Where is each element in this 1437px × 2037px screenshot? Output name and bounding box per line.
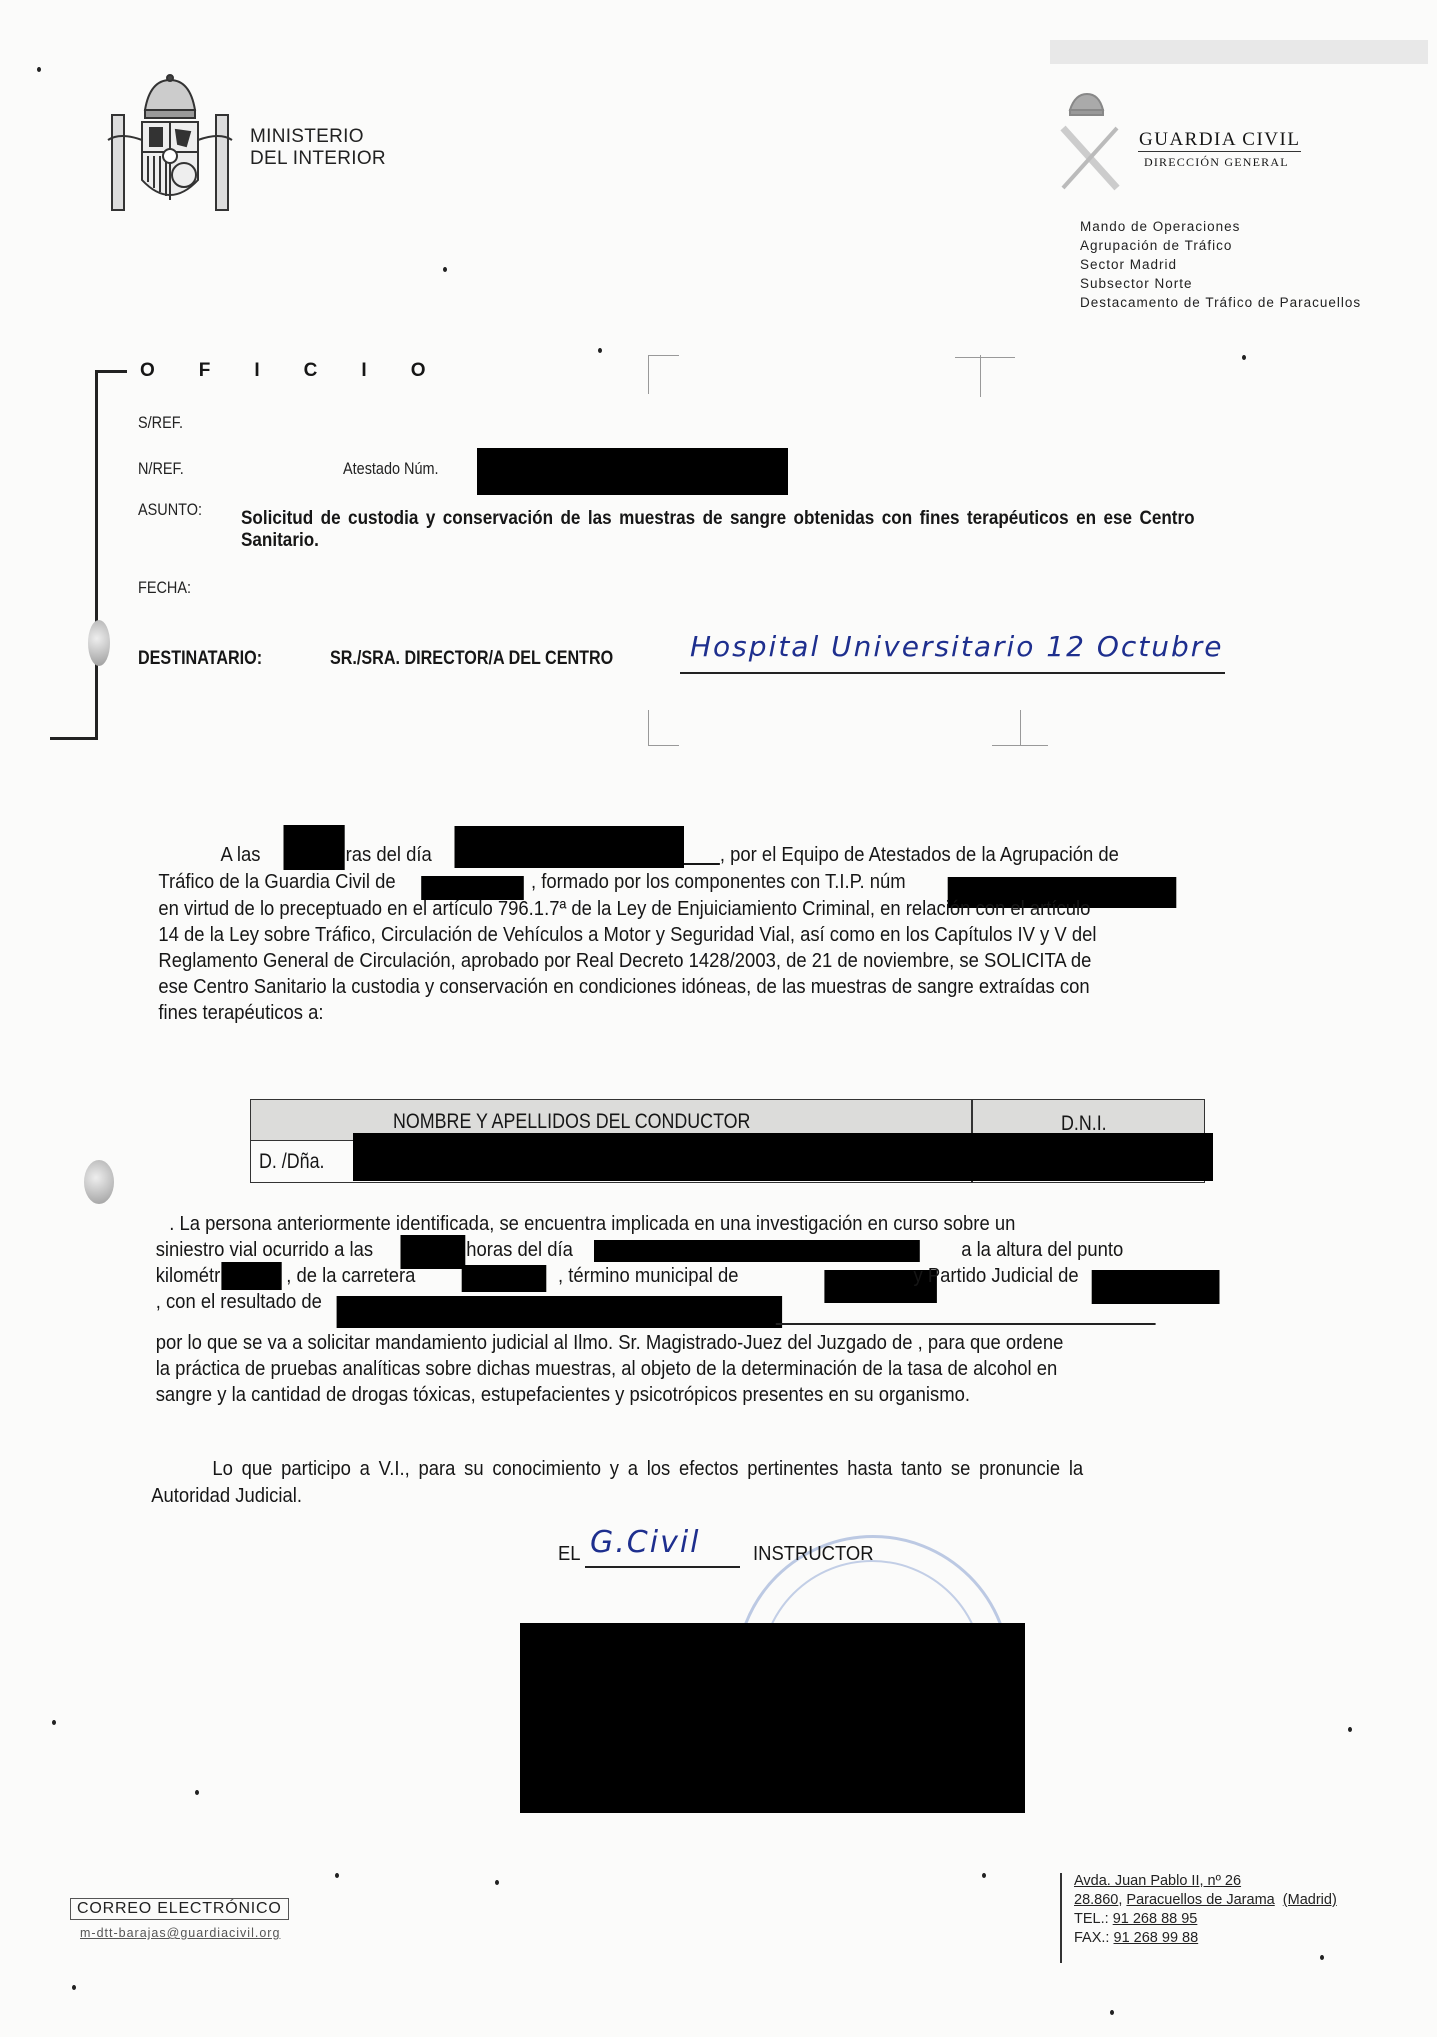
scan-speck xyxy=(598,348,602,353)
address-window-corner xyxy=(992,745,1048,746)
fax-label: FAX.: xyxy=(1074,1930,1109,1946)
asunto-text: Solicitud de custodia y conservación de … xyxy=(241,508,1258,552)
signature-underline xyxy=(585,1566,740,1568)
fecha-label: FECHA: xyxy=(138,578,191,598)
tel-label: TEL.: xyxy=(1074,1911,1109,1927)
address-window-corner xyxy=(980,355,982,397)
scan-speck xyxy=(1242,355,1246,360)
text: la práctica de pruebas analíticas sobre … xyxy=(156,1356,1058,1383)
signature-prefix: EL xyxy=(558,1541,581,1568)
agency-subtitle: DIRECCIÓN GENERAL xyxy=(1144,155,1289,170)
text: , formado por los componentes con T.I.P.… xyxy=(531,870,906,893)
bracket-line xyxy=(95,370,98,740)
scan-speck xyxy=(52,1720,56,1725)
ministry-line-2: DEL INTERIOR xyxy=(250,148,386,170)
fax-number: 91 268 99 88 xyxy=(1114,1930,1199,1946)
text: Tráfico de la Guardia Civil de xyxy=(158,870,395,893)
scan-speck xyxy=(195,1790,199,1795)
title-letter: O xyxy=(411,360,426,381)
postal-code: 28.860 xyxy=(1074,1892,1118,1908)
redacted-result xyxy=(337,1296,782,1328)
text: y Partido Judicial de xyxy=(914,1263,1079,1290)
text: siniestro vial ocurrido a las xyxy=(156,1237,373,1264)
region: (Madrid) xyxy=(1283,1892,1337,1908)
document-type-title: OFICIO xyxy=(140,360,469,382)
text: por lo que se va a solicitar mandamiento… xyxy=(156,1330,1064,1357)
title-letter: F xyxy=(199,360,211,381)
spain-coat-of-arms-icon xyxy=(100,70,240,220)
redacted-road xyxy=(462,1265,547,1292)
scan-speck xyxy=(72,1985,76,1990)
address-street: Avda. Juan Pablo II, nº 26 xyxy=(1074,1873,1241,1889)
ministry-line-1: MINISTERIO xyxy=(250,126,386,148)
address-block: Avda. Juan Pablo II, nº 26 28.860, Parac… xyxy=(1074,1872,1337,1948)
tel-number[interactable]: 91 268 88 95 xyxy=(1113,1911,1198,1927)
text: A las xyxy=(221,843,261,866)
title-letter: I xyxy=(361,360,366,381)
asunto-label: ASUNTO: xyxy=(138,500,202,520)
text: a la altura del punto xyxy=(961,1237,1123,1264)
scan-speck xyxy=(1348,1727,1352,1732)
email-link[interactable]: m-dtt-barajas@guardiacivil.org xyxy=(80,1926,280,1940)
redacted-date xyxy=(455,826,685,868)
destinatario-label: DESTINATARIO: xyxy=(138,648,262,670)
atestado-label: Atestado Núm. xyxy=(343,459,439,479)
text: 14 de la Ley sobre Tráfico, Circulación … xyxy=(158,922,1096,949)
destinatario-text: SR./SRA. DIRECTOR/A DEL CENTRO xyxy=(330,648,613,670)
signature-role: INSTRUCTOR xyxy=(753,1541,874,1568)
unit-line: Sector Madrid xyxy=(1080,255,1361,274)
unit-line: Agrupación de Tráfico xyxy=(1080,236,1361,255)
text: . La persona anteriormente identificada,… xyxy=(169,1211,1015,1238)
text: ese Centro Sanitario la custodia y conse… xyxy=(158,974,1089,1001)
scan-speck xyxy=(1320,1955,1324,1960)
text: Lo que participo a V.I., para su conocim… xyxy=(212,1456,1083,1483)
scan-speck xyxy=(443,267,447,272)
bracket-line xyxy=(50,737,98,740)
unit-hierarchy: Mando de Operaciones Agrupación de Tráfi… xyxy=(1080,217,1361,312)
table-row-prefix: D. /Dña. xyxy=(259,1150,324,1174)
text: , término municipal de xyxy=(558,1263,738,1290)
text: en virtud de lo preceptuado en el artícu… xyxy=(158,896,1090,923)
destinatario-underline xyxy=(680,672,1225,674)
text: Reglamento General de Circulación, aprob… xyxy=(158,948,1091,975)
unit-line: Subsector Norte xyxy=(1080,274,1361,293)
text: horas del día xyxy=(466,1237,573,1264)
address-window-corner xyxy=(648,355,679,394)
text: , de la carretera xyxy=(286,1263,415,1290)
text: Autoridad Judicial. xyxy=(151,1483,302,1510)
address-divider xyxy=(1060,1873,1062,1963)
table-header-name: NOMBRE Y APELLIDOS DEL CONDUCTOR xyxy=(393,1110,750,1134)
title-letter: I xyxy=(254,360,259,381)
scan-speck xyxy=(335,1873,339,1878)
redacted-time xyxy=(284,825,345,870)
text: , por el Equipo de Atestados de la Agrup… xyxy=(720,843,1119,866)
city: Paracuellos de Jarama xyxy=(1126,1892,1274,1908)
title-letter: C xyxy=(304,360,318,381)
sref-label: S/REF. xyxy=(138,413,183,433)
ministry-name: MINISTERIO DEL INTERIOR xyxy=(250,126,386,170)
text: , con el resultado de xyxy=(156,1289,322,1316)
header-gray-strip xyxy=(1050,40,1428,64)
address-window-corner xyxy=(1020,710,1022,745)
unit-line: Mando de Operaciones xyxy=(1080,217,1361,236)
redacted-signature xyxy=(520,1623,1025,1813)
nref-label: N/REF. xyxy=(138,459,184,479)
redacted-accident-date xyxy=(594,1240,920,1262)
agency-title: GUARDIA CIVIL xyxy=(1138,130,1301,152)
redacted-atestado-number xyxy=(477,448,788,495)
redacted-driver-name-dni xyxy=(353,1133,1213,1181)
destinatario-handwritten: Hospital Universitario 12 Octubre xyxy=(690,630,1224,663)
address-window-corner xyxy=(955,357,1015,358)
result-underline xyxy=(776,1323,1156,1325)
signature-handwritten: G.Civil xyxy=(590,1525,701,1560)
guardia-civil-emblem-icon xyxy=(1055,88,1135,198)
scan-speck xyxy=(1110,2010,1114,2015)
redacted-km-point xyxy=(221,1262,281,1290)
text: fines terapéuticos a: xyxy=(158,1000,323,1027)
text: sangre y la cantidad de drogas tóxicas, … xyxy=(156,1382,970,1409)
address-window-corner xyxy=(648,710,679,746)
unit-line: Destacamento de Tráfico de Paracuellos xyxy=(1080,293,1361,312)
email-label: CORREO ELECTRÓNICO xyxy=(70,1898,289,1920)
paper-smudge xyxy=(84,1160,114,1204)
scan-speck xyxy=(37,67,41,72)
paper-smudge xyxy=(88,620,110,666)
redacted-judicial-district xyxy=(1092,1270,1220,1304)
scan-speck xyxy=(495,1880,499,1885)
title-letter: O xyxy=(140,360,155,381)
scan-speck xyxy=(982,1873,986,1878)
bracket-line xyxy=(95,370,127,373)
text: ras del día xyxy=(346,843,432,866)
